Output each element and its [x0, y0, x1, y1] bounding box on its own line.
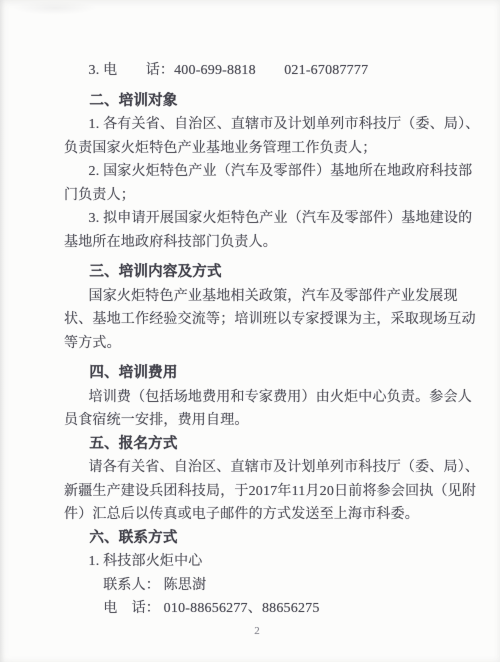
document-line: 件）汇总后以传真或电子邮件的方式发送至上海市科委。 [64, 503, 456, 527]
document-line: 新疆生产建设兵团科技局，于2017年11月20日前将参会回执（见附 [64, 480, 456, 504]
document-line: 3. 拟申请开展国家火炬特色产业（汽车及零部件）基地建设的 [64, 207, 456, 231]
page-number: 2 [14, 623, 500, 639]
document-line: 联系人： 陈思澍 [64, 574, 456, 598]
document-line: 员食宿统一安排，费用自理。 [64, 409, 456, 433]
document-line: 门负责人； [64, 184, 456, 208]
document-line: 3. 电 话：400-699-8818 021-67087777 [64, 59, 456, 83]
section-heading: 六、联系方式 [64, 527, 456, 551]
section-heading: 五、报名方式 [64, 433, 456, 457]
document-line: 状、基地工作经验交流等；培训班以专家授课为主，采取现场互动 [64, 308, 456, 332]
document-line: 1. 各有关省、自治区、直辖市及计划单列市科技厅（委、局）、 [64, 113, 456, 137]
scanned-document-page: 3. 电 话：400-699-8818 021-67087777二、培训对象1.… [0, 0, 500, 662]
document-line: 等方式。 [64, 332, 456, 356]
document-line: 1. 科技部火炬中心 [64, 550, 456, 574]
document-line: 基地所在地政府科技部门负责人。 [64, 231, 456, 255]
section-heading: 三、培训内容及方式 [64, 261, 456, 285]
document-line: 负责国家火炬特色产业基地业务管理工作负责人； [64, 137, 456, 161]
document-line: 电 话： 010-88656277、88656275 [64, 597, 456, 621]
document-line: 2. 国家火炬特色产业（汽车及零部件）基地所在地政府科技部 [64, 160, 456, 184]
document-line: 请各有关省、自治区、直辖市及计划单列市科技厅（委、局）、 [64, 456, 456, 480]
document-line: 培训费（包括场地费用和专家费用）由火炬中心负责。参会人 [64, 386, 456, 410]
section-heading: 四、培训费用 [64, 362, 456, 386]
document-content: 3. 电 话：400-699-8818 021-67087777二、培训对象1.… [64, 59, 456, 621]
section-heading: 二、培训对象 [64, 90, 456, 114]
document-line: 国家火炬特色产业基地相关政策，汽车及零部件产业发展现 [64, 285, 456, 309]
